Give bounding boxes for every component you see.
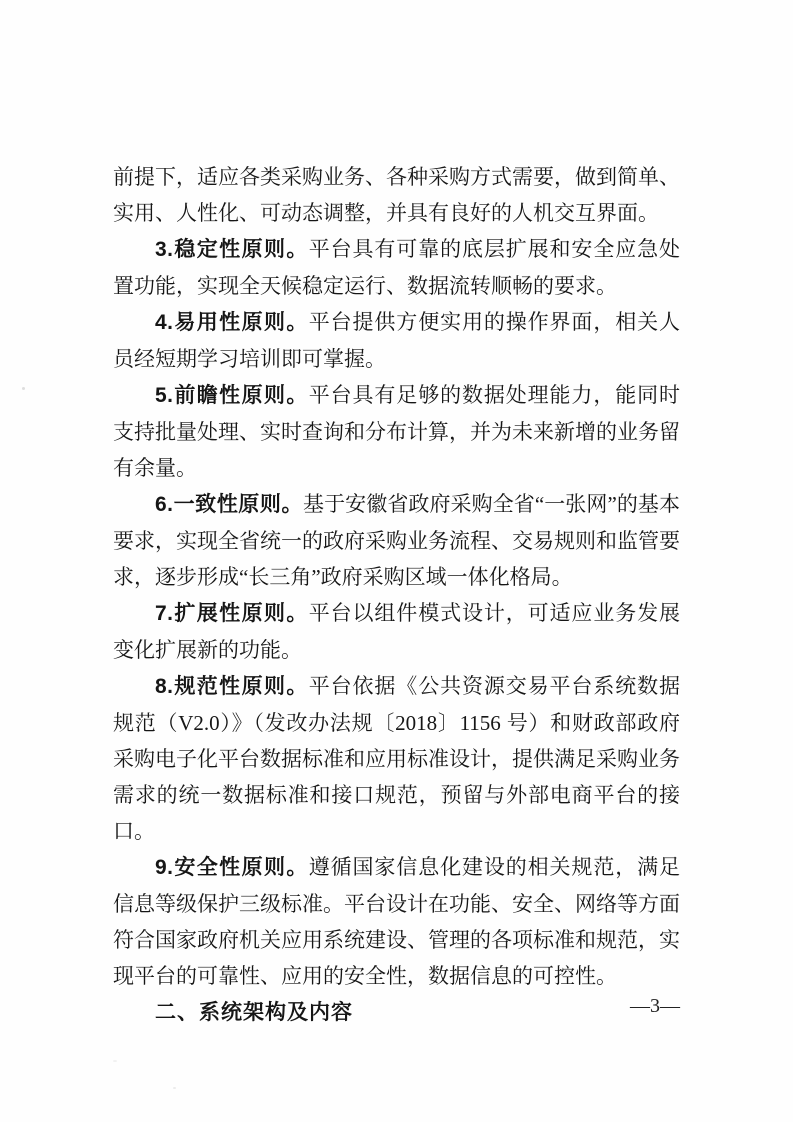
principle-paragraph-3: 3.稳定性原则。平台具有可靠的底层扩展和安全应急处置功能，实现全天候稳定运行、数… xyxy=(113,231,680,304)
document-page: 前提下，适应各类采购业务、各种采购方式需要，做到简单、实用、人性化、可动态调整，… xyxy=(0,0,793,1122)
scan-speck xyxy=(22,387,25,390)
section-heading-2: 二、系统架构及内容 xyxy=(113,994,680,1031)
principle-8-heading: 8.规范性原则。 xyxy=(155,675,309,698)
principle-9-heading: 9.安全性原则。 xyxy=(155,856,309,879)
principle-7-heading: 7.扩展性原则。 xyxy=(155,602,309,625)
principle-paragraph-7: 7.扩展性原则。平台以组件模式设计，可适应业务发展变化扩展新的功能。 xyxy=(113,595,680,668)
principle-3-heading: 3.稳定性原则。 xyxy=(155,238,309,261)
principle-paragraph-9: 9.安全性原则。遵循国家信息化建设的相关规范，满足信息等级保护三级标准。平台设计… xyxy=(113,849,680,994)
principle-6-heading: 6.一致性原则。 xyxy=(155,493,303,516)
scan-speck xyxy=(173,1087,176,1089)
principle-8-text: 平台依据《公共资源交易平台系统数据规范（V2.0）》（发改办法规〔2018〕11… xyxy=(113,674,680,843)
principle-paragraph-4: 4.易用性原则。平台提供方便实用的操作界面，相关人员经短期学习培训即可掌握。 xyxy=(113,304,680,377)
scan-speck xyxy=(113,1060,117,1062)
principle-5-heading: 5.前瞻性原则。 xyxy=(155,384,309,407)
paragraph-continuation: 前提下，适应各类采购业务、各种采购方式需要，做到简单、实用、人性化、可动态调整，… xyxy=(113,159,680,231)
section-heading-2-label: 二、系统架构及内容 xyxy=(155,1001,353,1024)
principle-paragraph-8: 8.规范性原则。平台依据《公共资源交易平台系统数据规范（V2.0）》（发改办法规… xyxy=(113,668,680,849)
principle-paragraph-5: 5.前瞻性原则。平台具有足够的数据处理能力，能同时支持批量处理、实时查询和分布计… xyxy=(113,377,680,486)
paragraph-text: 前提下，适应各类采购业务、各种采购方式需要，做到简单、实用、人性化、可动态调整，… xyxy=(113,165,680,225)
document-body: 前提下，适应各类采购业务、各种采购方式需要，做到简单、实用、人性化、可动态调整，… xyxy=(113,159,680,1031)
principle-paragraph-6: 6.一致性原则。基于安徽省政府采购全省“一张网”的基本要求，实现全省统一的政府采… xyxy=(113,486,680,595)
principle-4-heading: 4.易用性原则。 xyxy=(155,311,309,334)
page-number: —3— xyxy=(630,993,680,1019)
